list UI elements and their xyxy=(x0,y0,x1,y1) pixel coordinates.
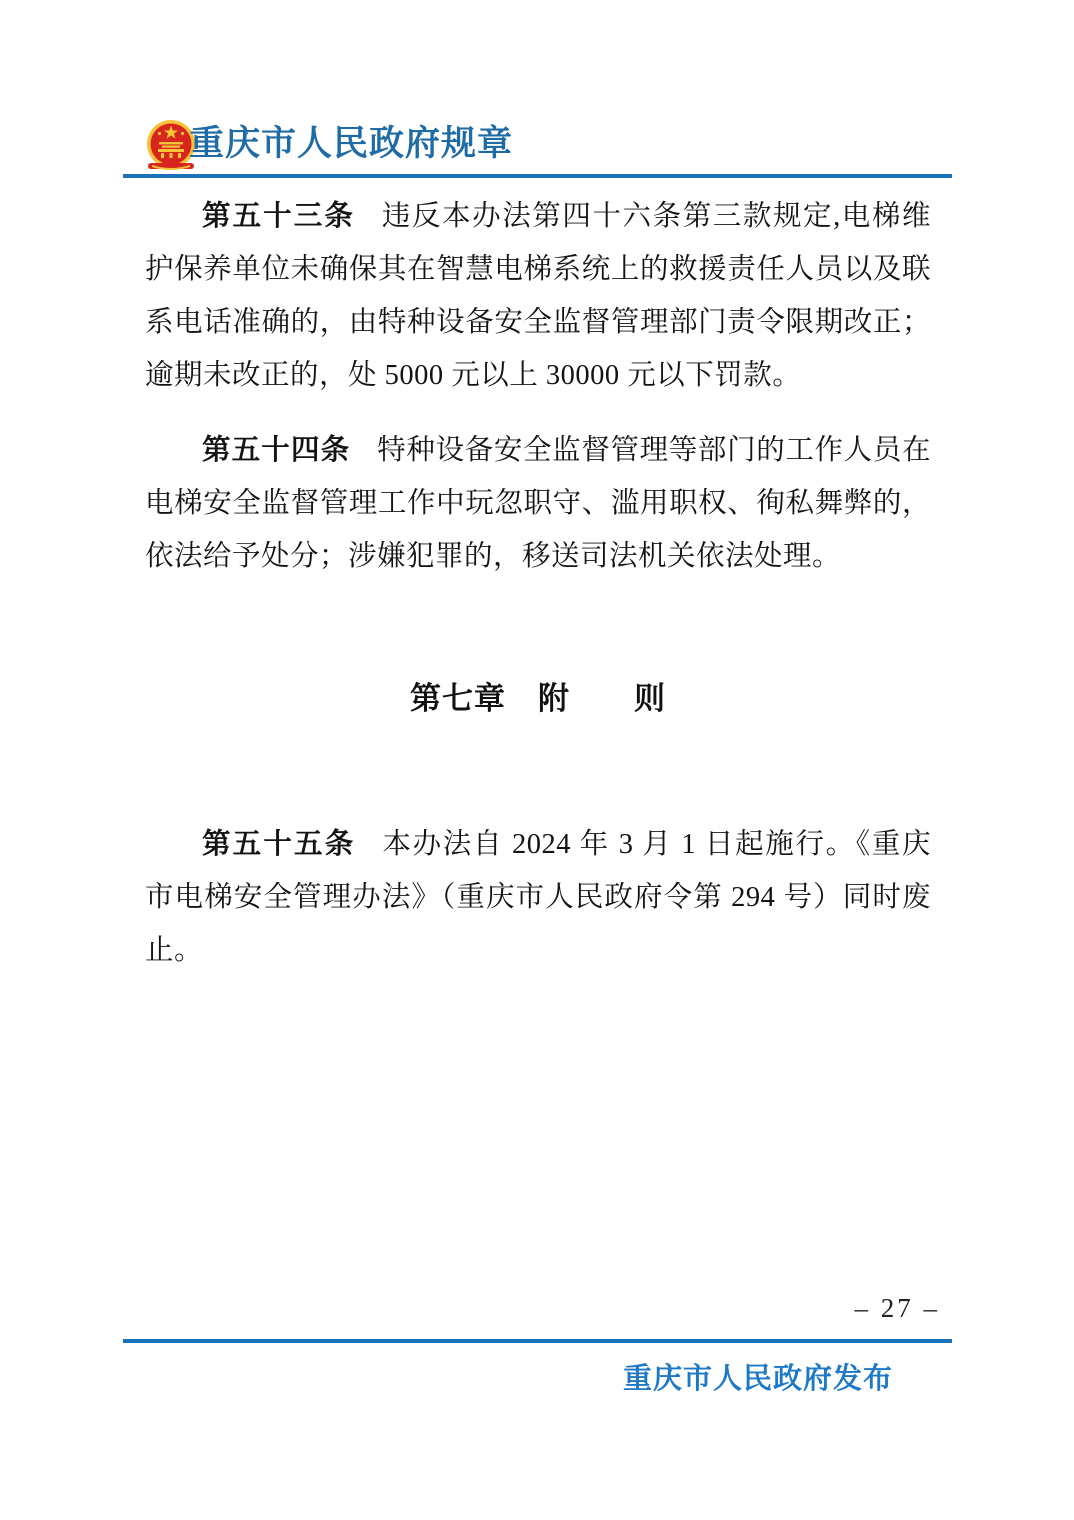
article-55-paragraph: 第五十五条本办法自 2024 年 3 月 1 日起施行。《重庆市电梯安全管理办法… xyxy=(145,818,931,977)
article-53-term: 第五十三条 xyxy=(202,200,382,232)
article-55-term: 第五十五条 xyxy=(202,828,382,860)
document-body: 第五十三条违反本办法第四十六条第三款规定,电梯维护保养单位未确保其在智慧电梯系统… xyxy=(145,190,931,977)
article-54-paragraph: 第五十四条特种设备安全监督管理等部门的工作人员在电梯安全监督管理工作中玩忽职守、… xyxy=(145,424,931,583)
article-54-term: 第五十四条 xyxy=(202,434,377,466)
footer-rule xyxy=(123,1339,952,1343)
header-rule xyxy=(123,174,952,178)
footer-publisher: 重庆市人民政府发布 xyxy=(623,1361,893,1397)
article-53-paragraph: 第五十三条违反本办法第四十六条第三款规定,电梯维护保养单位未确保其在智慧电梯系统… xyxy=(145,190,931,402)
document-page: 重庆市人民政府规章 第五十三条违反本办法第四十六条第三款规定,电梯维护保养单位未… xyxy=(0,0,1074,1520)
chapter-7-heading: 第七章 附 则 xyxy=(145,672,931,725)
document-header-title: 重庆市人民政府规章 xyxy=(189,121,513,167)
page-number: – 27 – xyxy=(855,1291,941,1325)
